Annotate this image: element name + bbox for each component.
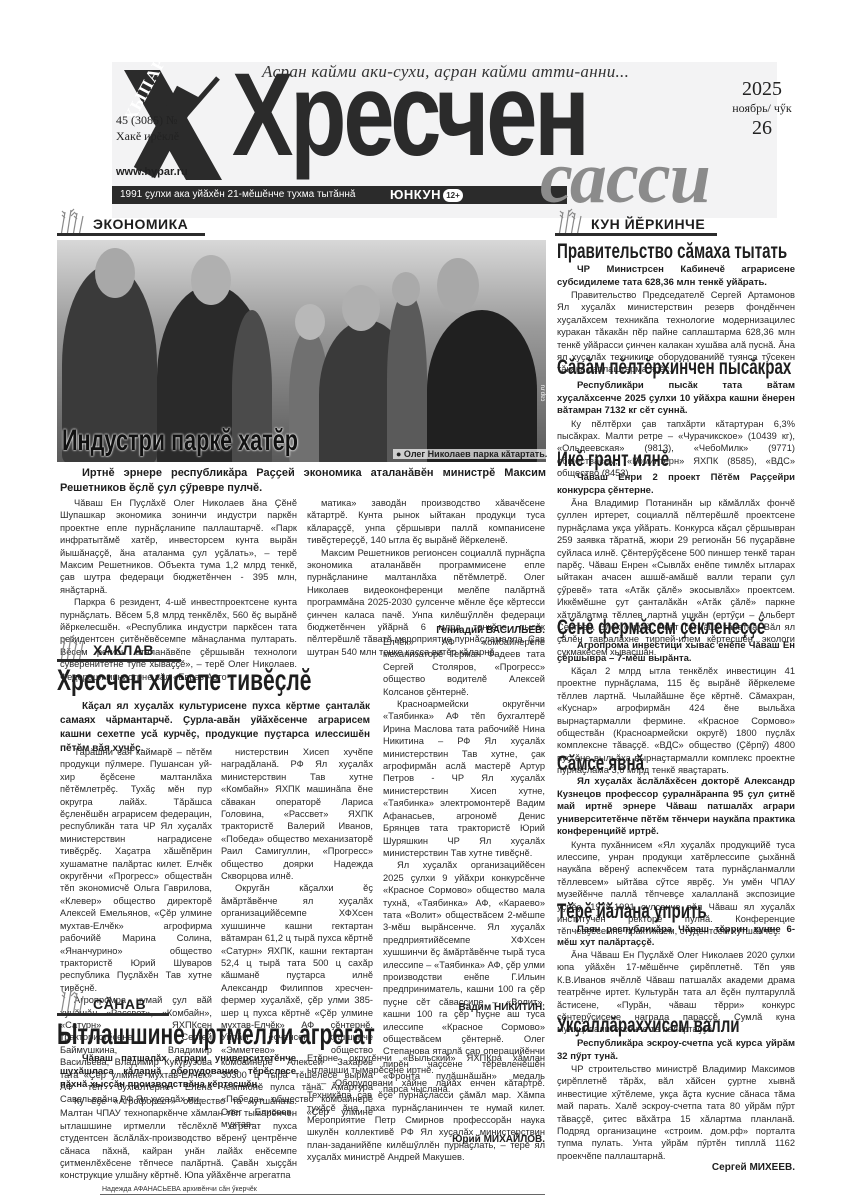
news-item: Ҫӗнӗ фермӑсем ҫӗкленеҫҫӗ Агропрома инвес… (557, 616, 795, 752)
news-item: Правительство сӑмаха тытать ЧР Министрсе… (557, 240, 795, 356)
photo-credit-footer: Надежда АФАНАСЬЕВА архивӗнчи сӑн ӳкерчӗк (102, 1186, 257, 1193)
price: Хакĕ ирĕклĕ (116, 128, 179, 144)
paragraph: – Оборудовани хӑйне лайӑх енчен кӑтартрӗ… (307, 1077, 545, 1164)
paragraph: Чӑваш Ен Пуҫлӑхӗ Олег Николаев ӑна Ҫӗнӗ … (60, 497, 297, 596)
news-lead: Республикӑра эскроу-счетпа усӑ курса уйр… (557, 1038, 795, 1063)
news-lead: Республикӑри пысӑк тата вӑтам хуҫалӑхсен… (557, 380, 795, 418)
news-column: Правительство сӑмаха тытать ЧР Министрсе… (557, 240, 795, 1173)
news-byline: Сергей МИХЕЕВ. (557, 1162, 795, 1173)
rubric-rule (57, 659, 181, 662)
paragraph: Елчӗк» АФ комбайнерӗпе механизаторӗ Герм… (383, 636, 545, 698)
rubric-label: СӐНАВ (93, 996, 146, 1012)
rubric-economy: ЭКОНОМИКА (57, 214, 205, 236)
news-headline: Укҫаллӑраххисем валли (557, 1014, 728, 1038)
news-headline: Сӑмсе явнӑ (557, 752, 728, 776)
news-item: Сӑвӑм пӗлтӗрхинчен пысӑкрах Республикӑри… (557, 356, 795, 448)
paragraph: Красноармейски округӗнчи «Таябинка» АФ т… (383, 698, 545, 859)
wheat-icon (555, 208, 585, 236)
rubric-farmers: ХАКЛАВ (57, 640, 181, 662)
photo-headline: Индустри паркӗ хатӗр (62, 424, 298, 458)
news-item: Сӑмсе явнӑ Ял хуҫалӑх ӑслӑлӑхӗсен доктор… (557, 752, 795, 900)
date-day: 26 (730, 117, 794, 139)
rubric-fields: СӐНАВ (57, 994, 169, 1016)
fields-col-1: Ку ӗҫе «Агрофорест» общество та хутшӑнат… (60, 1095, 297, 1182)
issue-info: 45 (3085) № Хакĕ ирĕклĕ (116, 112, 179, 144)
rubric-rule (57, 1013, 169, 1016)
wheat-icon (57, 988, 87, 1016)
economy-byline: Геннадий ВАСИЛЬЕВ. (307, 625, 545, 636)
date-year: 2025 (730, 78, 794, 100)
news-headline: Икӗ грант илнӗ (557, 448, 728, 472)
news-item: Укҫаллӑраххисем валли Республикӑра эскро… (557, 1014, 795, 1173)
news-headline: Ҫӗнӗ фермӑсем ҫӗкленеҫҫӗ (557, 616, 728, 640)
newspaper-title: Хресчен (232, 50, 587, 180)
news-lead: Агропрома инвестици хывас енӗпе Чӑваш Ен… (557, 640, 795, 665)
date-month: ноябрь/ чӳк (730, 102, 794, 115)
website-link[interactable]: www.hypar.ru (116, 166, 188, 178)
news-item: Икӗ грант илнӗ Чӑваш Енри 2 проект Пӗтӗм… (557, 448, 795, 616)
paragraph: нистерствин Хисеп хучӗпе наградӑланӑ. РФ… (221, 746, 373, 882)
news-headline: Тӗрӗ йӑлана уприть (557, 900, 728, 924)
fields-byline: Юрий МИХАЙЛОВ. (307, 1134, 545, 1145)
news-headline: Сӑвӑм пӗлтӗрхинчен пысӑкрах (557, 356, 728, 380)
paragraph: Тӑрӑшни сая каймарӗ – пӗтӗм продукци пӳл… (60, 746, 212, 994)
wheat-icon (57, 634, 87, 662)
fields-headline: Ытлашшине иртмелли агрегат (57, 1018, 375, 1052)
footer-rule (100, 1194, 545, 1195)
economy-lead: Иртнӗ эрнере республикӑра Раҫҫей экономи… (60, 466, 546, 496)
newspaper-subtitle: сасси (540, 138, 710, 218)
rubric-news: КУН ЙӖРКИНЧЕ (555, 214, 717, 236)
news-lead: Ял хуҫалӑх ӑслӑлӑхӗсен докторӗ Александр… (557, 776, 795, 839)
age-rating-badge: 12+ (443, 189, 463, 202)
fields-col-2: Етӗрне округӗнчи «Выльский» ЯХПКра хӑмла… (307, 1052, 545, 1164)
paragraph: матика» заводӑн производство хӑвачӗсене … (307, 497, 545, 547)
rubric-rule (555, 233, 717, 236)
rubric-label: КУН ЙӖРКИНЧЕ (591, 216, 705, 232)
farmers-col-3: Елчӗк» АФ комбайнерӗпе механизаторӗ Герм… (383, 636, 545, 1095)
news-lead: Чӑваш Енри 2 проект Пӗтӗм Раҫҫейри конку… (557, 472, 795, 497)
weekday: ЮНКУН (390, 186, 441, 204)
news-body: ЧР строительство министрӗ Владимир Макси… (557, 1063, 795, 1162)
rubric-label: ЭКОНОМИКА (93, 216, 188, 232)
fields-lead: Чӑваш патшалӑх аграри университетӗнче шу… (60, 1052, 296, 1091)
news-lead: ЧР Министрсен Кабинечӗ аграрисене субсид… (557, 264, 795, 289)
paragraph: Етӗрне округӗнчи «Выльский» ЯХПКра хӑмла… (307, 1052, 545, 1077)
farmers-headline: Хресчен хисепе тивӗҫлӗ (57, 664, 311, 698)
news-headline: Правительство сӑмаха тытать (557, 240, 728, 264)
farmers-byline: Вадим НИКИТИН. (383, 1002, 545, 1013)
paragraph: Ку ӗҫе «Агрофорест» общество та хутшӑнат… (60, 1095, 297, 1182)
founded-text: 1991 ҫулхи ака уйӑхӗн 21-мӗшӗнче тухма т… (120, 189, 355, 200)
photo-credit: cap.ru (540, 385, 546, 402)
photo-caption: ● Олег Николаев парка кӑтартать. (393, 449, 550, 459)
wheat-icon (57, 208, 87, 236)
rubric-label: ХАКЛАВ (93, 642, 154, 658)
issue-number: 45 (3085) № (116, 112, 179, 128)
rubric-rule (57, 233, 205, 236)
issue-date: 2025 ноябрь/ чӳк 26 (730, 78, 794, 139)
founded-bar: 1991 ҫулхи ака уйӑхӗн 21-мӗшӗнче тухма т… (112, 186, 567, 204)
